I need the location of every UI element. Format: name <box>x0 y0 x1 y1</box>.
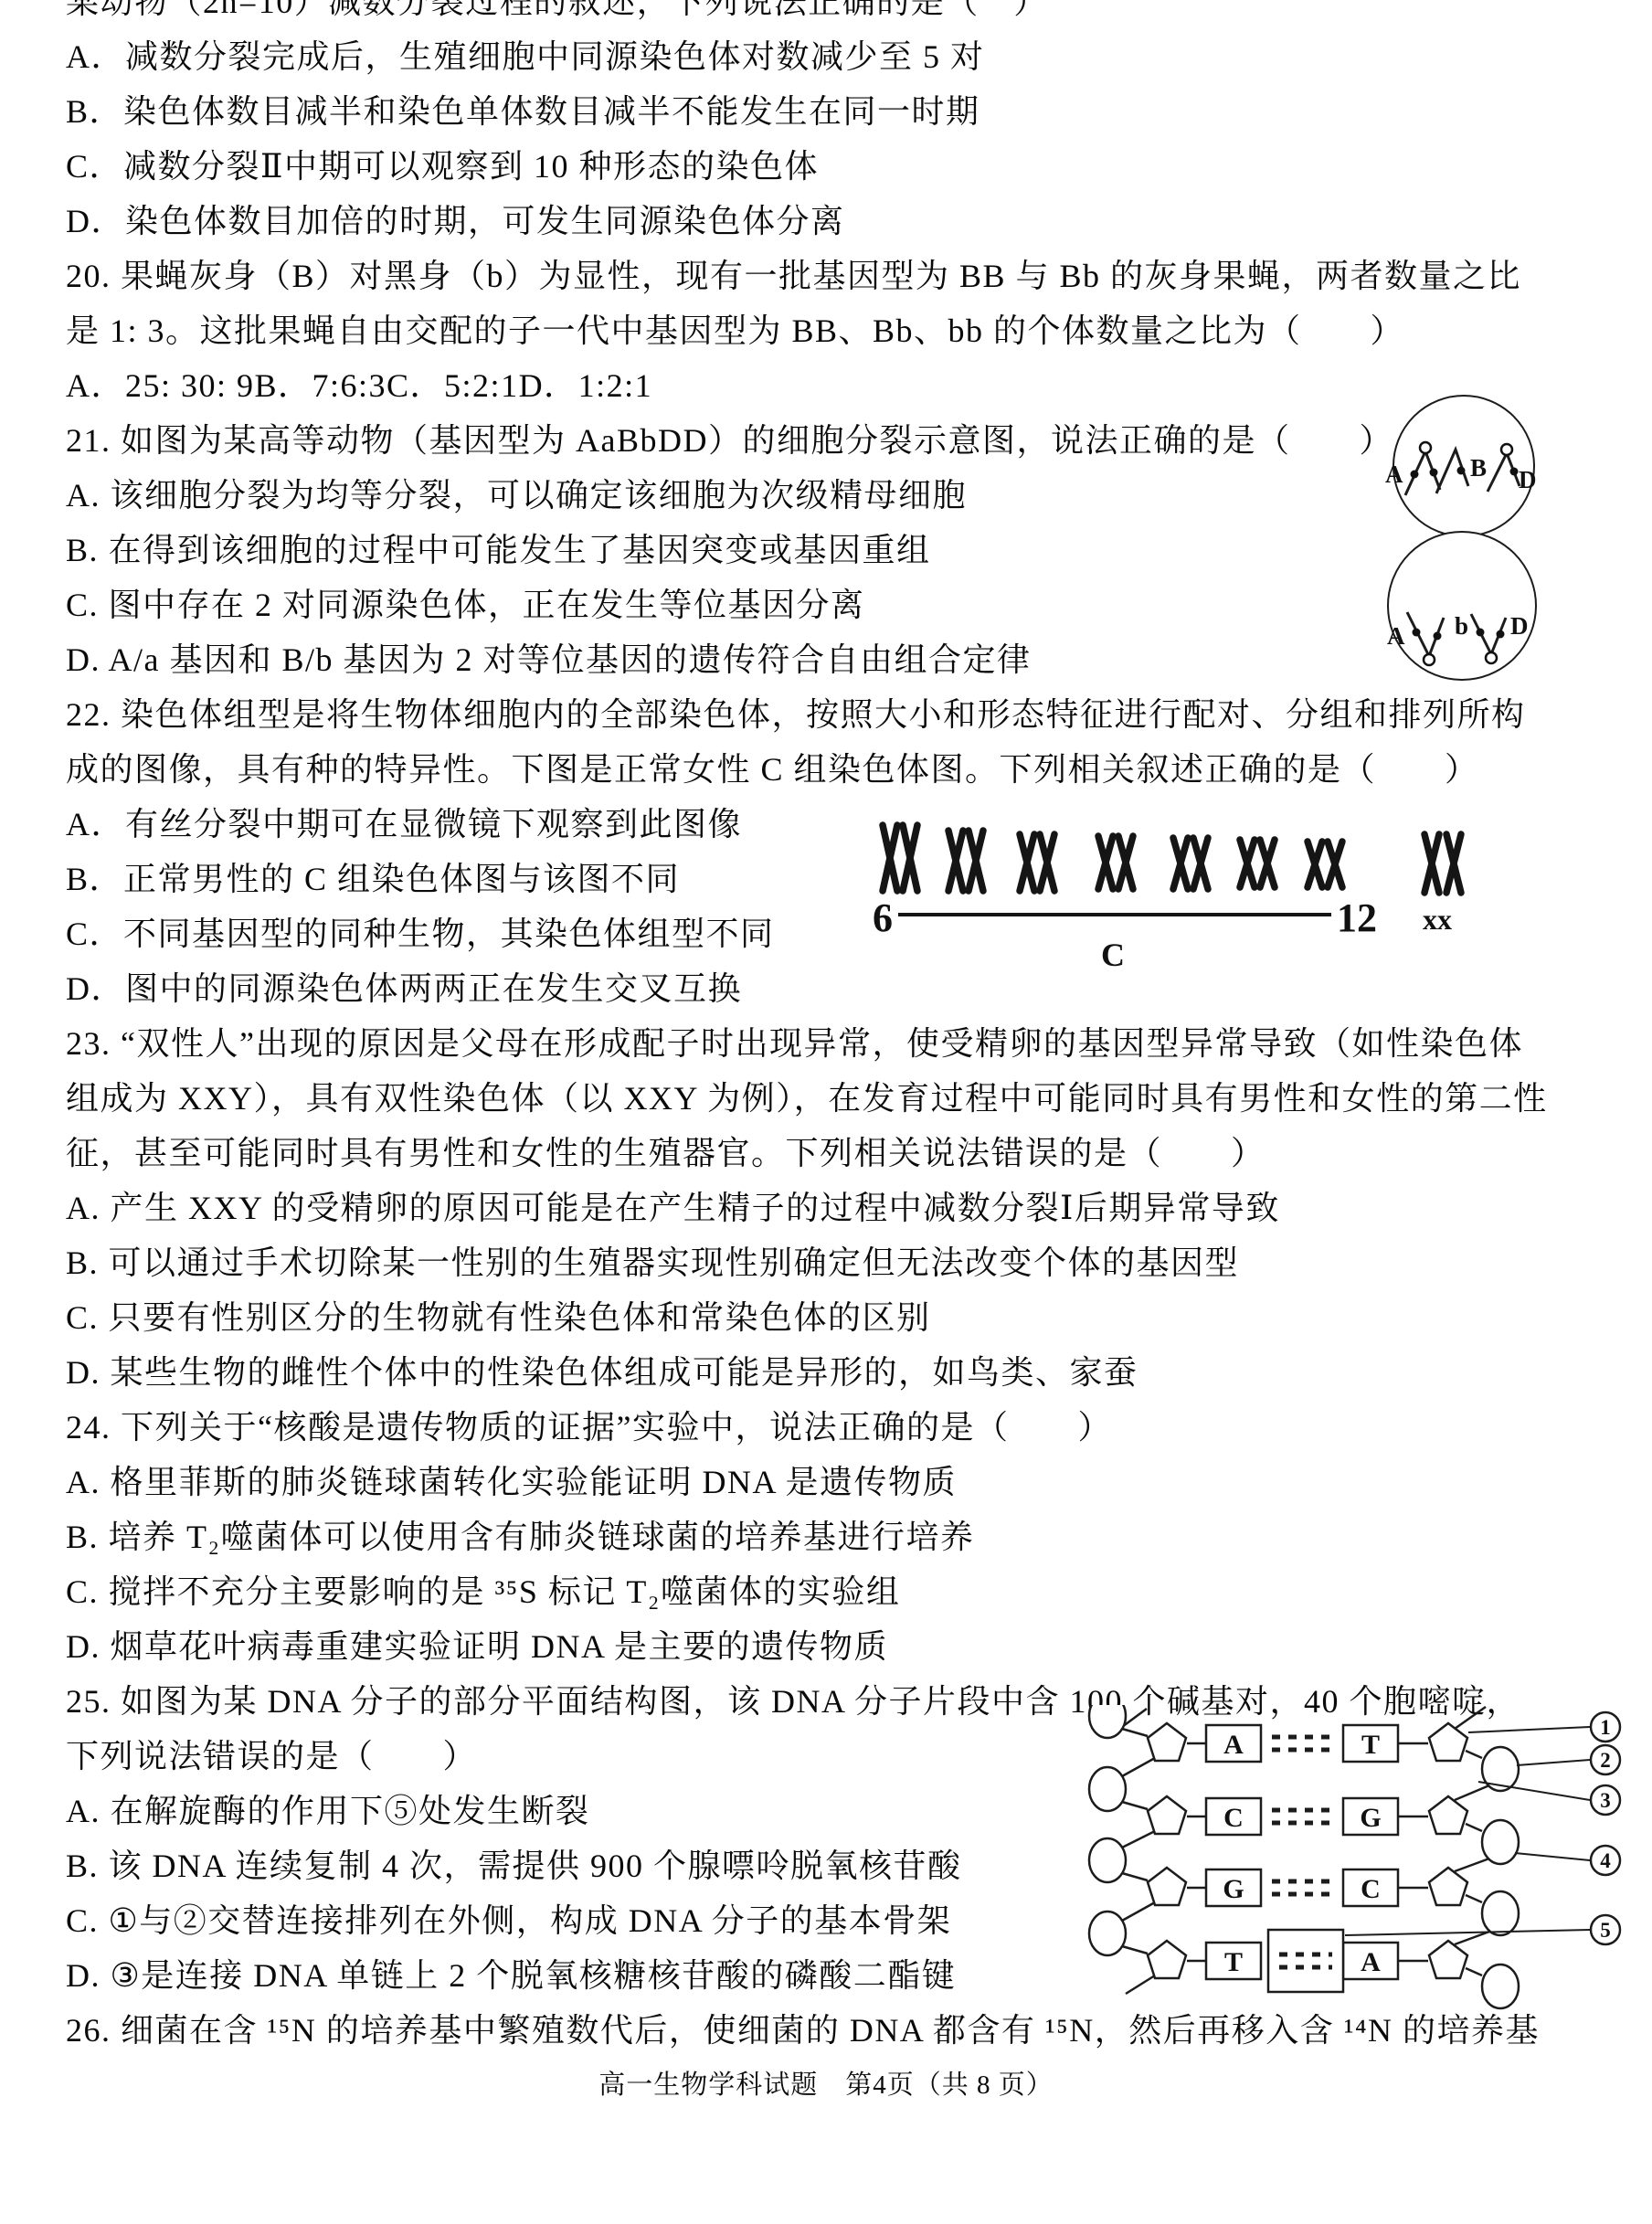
chromosome-pair <box>1020 834 1054 891</box>
gene-label: A <box>1385 461 1403 488</box>
phosphate-icon <box>1089 1767 1126 1811</box>
gene-label: A <box>1387 622 1405 650</box>
karyotype-figure: 6 12 C xx <box>873 816 1494 980</box>
text-line: C．减数分裂Ⅱ中期可以观察到 10 种形态的染色体 <box>66 139 1619 194</box>
text-line: C. 搅拌不充分主要影响的是 ³⁵S 标记 T₂噬菌体的实验组 <box>66 1564 1619 1619</box>
phosphate-icon <box>1089 1838 1126 1882</box>
karyotype-group-label: C <box>1101 937 1125 973</box>
chromosome-pair <box>1240 840 1275 887</box>
option-item: D．1:2:1 <box>519 367 653 404</box>
text-line: A. 产生 XXY 的受精卵的原因可能是在产生精子的过程中减数分裂Ⅰ后期异常导致 <box>66 1181 1619 1235</box>
text-line: D. 烟草花叶病毒重建实验证明 DNA 是主要的遗传物质 <box>66 1619 1619 1674</box>
chromosome-pair <box>883 825 917 891</box>
svg-text:G: G <box>1360 1803 1381 1833</box>
page-footer: 高一生物学科试题 第4页（共 8 页） <box>66 2058 1586 2113</box>
cell-bottom-lobe <box>1388 532 1536 680</box>
option-item: A．25: 30: 9 <box>66 367 255 404</box>
svg-text:C: C <box>1223 1803 1244 1833</box>
svg-text:5: 5 <box>1600 1919 1611 1942</box>
karyotype-end-number: 12 <box>1337 895 1377 940</box>
phosphate-icon <box>1482 1891 1519 1935</box>
chromosome-pair <box>1098 836 1133 889</box>
text-line: C. 只要有性别区分的生物就有性染色体和常染色体的区别 <box>66 1290 1619 1345</box>
chromosome-pair <box>1308 842 1342 887</box>
text-line: A．减数分裂完成后，生殖细胞中同源染色体对数减少至 5 对 <box>66 29 1619 84</box>
phosphate-icon <box>1482 1965 1519 2008</box>
text-line: 组成为 XXY），具有双性染色体（以 XXY 为例），在发育过程中可能同时具有男… <box>66 1071 1619 1126</box>
svg-text:2: 2 <box>1600 1749 1611 1772</box>
gene-label: B <box>1470 454 1487 482</box>
deoxyribose-icon <box>1429 1941 1467 1978</box>
text-line: 成的图像，具有种的特异性。下图是正常女性 C 组染色体图。下列相关叙述正确的是（… <box>66 742 1619 797</box>
exam-page: 某动物（2n=10）减数分裂过程的叙述，下列说法正确的是（ ）A．减数分裂完成后… <box>0 0 1652 2224</box>
text-line: 24. 下列关于“核酸是遗传物质的证据”实验中，说法正确的是（ ） <box>66 1400 1619 1455</box>
deoxyribose-icon <box>1148 1868 1186 1905</box>
deoxyribose-icon <box>1429 1723 1467 1761</box>
deoxyribose-icon <box>1429 1796 1467 1834</box>
deoxyribose-icon <box>1148 1941 1186 1978</box>
gene-label: D <box>1519 466 1537 493</box>
text-line: D. 某些生物的雌性个体中的性染色体组成可能是异形的，如鸟类、家蚕 <box>66 1345 1619 1400</box>
svg-text:T: T <box>1361 1730 1380 1760</box>
svg-text:G: G <box>1223 1874 1244 1904</box>
phosphate-icon <box>1482 1820 1519 1864</box>
phosphate-icon <box>1482 1747 1519 1791</box>
deoxyribose-icon <box>1148 1723 1186 1761</box>
gene-label: D <box>1510 612 1529 640</box>
svg-text:3: 3 <box>1600 1789 1611 1812</box>
text-line: 22. 染色体组型是将生物体细胞内的全部染色体，按照大小和形态特征进行配对、分组… <box>66 687 1619 742</box>
phosphate-icon <box>1089 1912 1126 1955</box>
text-line: 征，甚至可能同时具有男性和女性的生殖器官。下列相关说法错误的是（ ） <box>66 1126 1619 1181</box>
text-line: 是 1: 3。这批果蝇自由交配的子一代中基因型为 BB、Bb、bb 的个体数量之… <box>66 303 1619 358</box>
text-line: B．染色体数目减半和染色单体数目减半不能发生在同一时期 <box>66 84 1619 139</box>
svg-text:C: C <box>1361 1874 1381 1904</box>
text-line: A. 格里菲斯的肺炎链球菌转化实验能证明 DNA 是遗传物质 <box>66 1455 1619 1509</box>
karyotype-start-number: 6 <box>873 895 893 940</box>
text-line: 23. “双性人”出现的原因是父母在形成配子时出现异常，使受精卵的基因型异常导致… <box>66 1016 1619 1071</box>
text-line: B. 可以通过手术切除某一性别的生殖器实现性别确定但无法改变个体的基因型 <box>66 1235 1619 1290</box>
hydrogen-bond-box <box>1268 1930 1343 1992</box>
clipped-top-line: 某动物（2n=10）减数分裂过程的叙述，下列说法正确的是（ ） <box>66 0 1619 29</box>
chromosome-pair <box>1173 838 1208 889</box>
svg-text:4: 4 <box>1600 1849 1611 1872</box>
chromosome-pair <box>948 831 983 891</box>
sex-chromosome-label: xx <box>1423 903 1452 936</box>
svg-text:1: 1 <box>1600 1716 1611 1739</box>
sex-chromosome-pair <box>1424 834 1461 893</box>
text-line: D．染色体数目加倍的时期，可发生同源染色体分离 <box>66 194 1619 249</box>
deoxyribose-icon <box>1148 1796 1186 1834</box>
svg-text:A: A <box>1361 1947 1381 1977</box>
gene-label: b <box>1455 612 1468 640</box>
svg-text:A: A <box>1223 1730 1244 1760</box>
option-item: C．5:2:1 <box>387 367 519 404</box>
dna-structure-figure: A T C G G C T A 1 2 3 4 5 <box>1060 1705 1652 2036</box>
option-item: B．7:6:3 <box>255 367 387 404</box>
callout-circles <box>1591 1712 1620 1944</box>
text-line: B. 培养 T₂噬菌体可以使用含有肺炎链球菌的培养基进行培养 <box>66 1509 1619 1564</box>
chromosome-pairs <box>883 825 1461 893</box>
callout-numbers: 1 2 3 4 5 <box>1600 1716 1611 1942</box>
svg-text:T: T <box>1224 1947 1243 1977</box>
deoxyribose-icon <box>1429 1868 1467 1905</box>
cell-division-figure: A B D A b D <box>1380 393 1549 683</box>
text-line: 20. 果蝇灰身（B）对黑身（b）为显性，现有一批基因型为 BB 与 Bb 的灰… <box>66 249 1619 303</box>
phosphate-icon <box>1089 1705 1126 1738</box>
